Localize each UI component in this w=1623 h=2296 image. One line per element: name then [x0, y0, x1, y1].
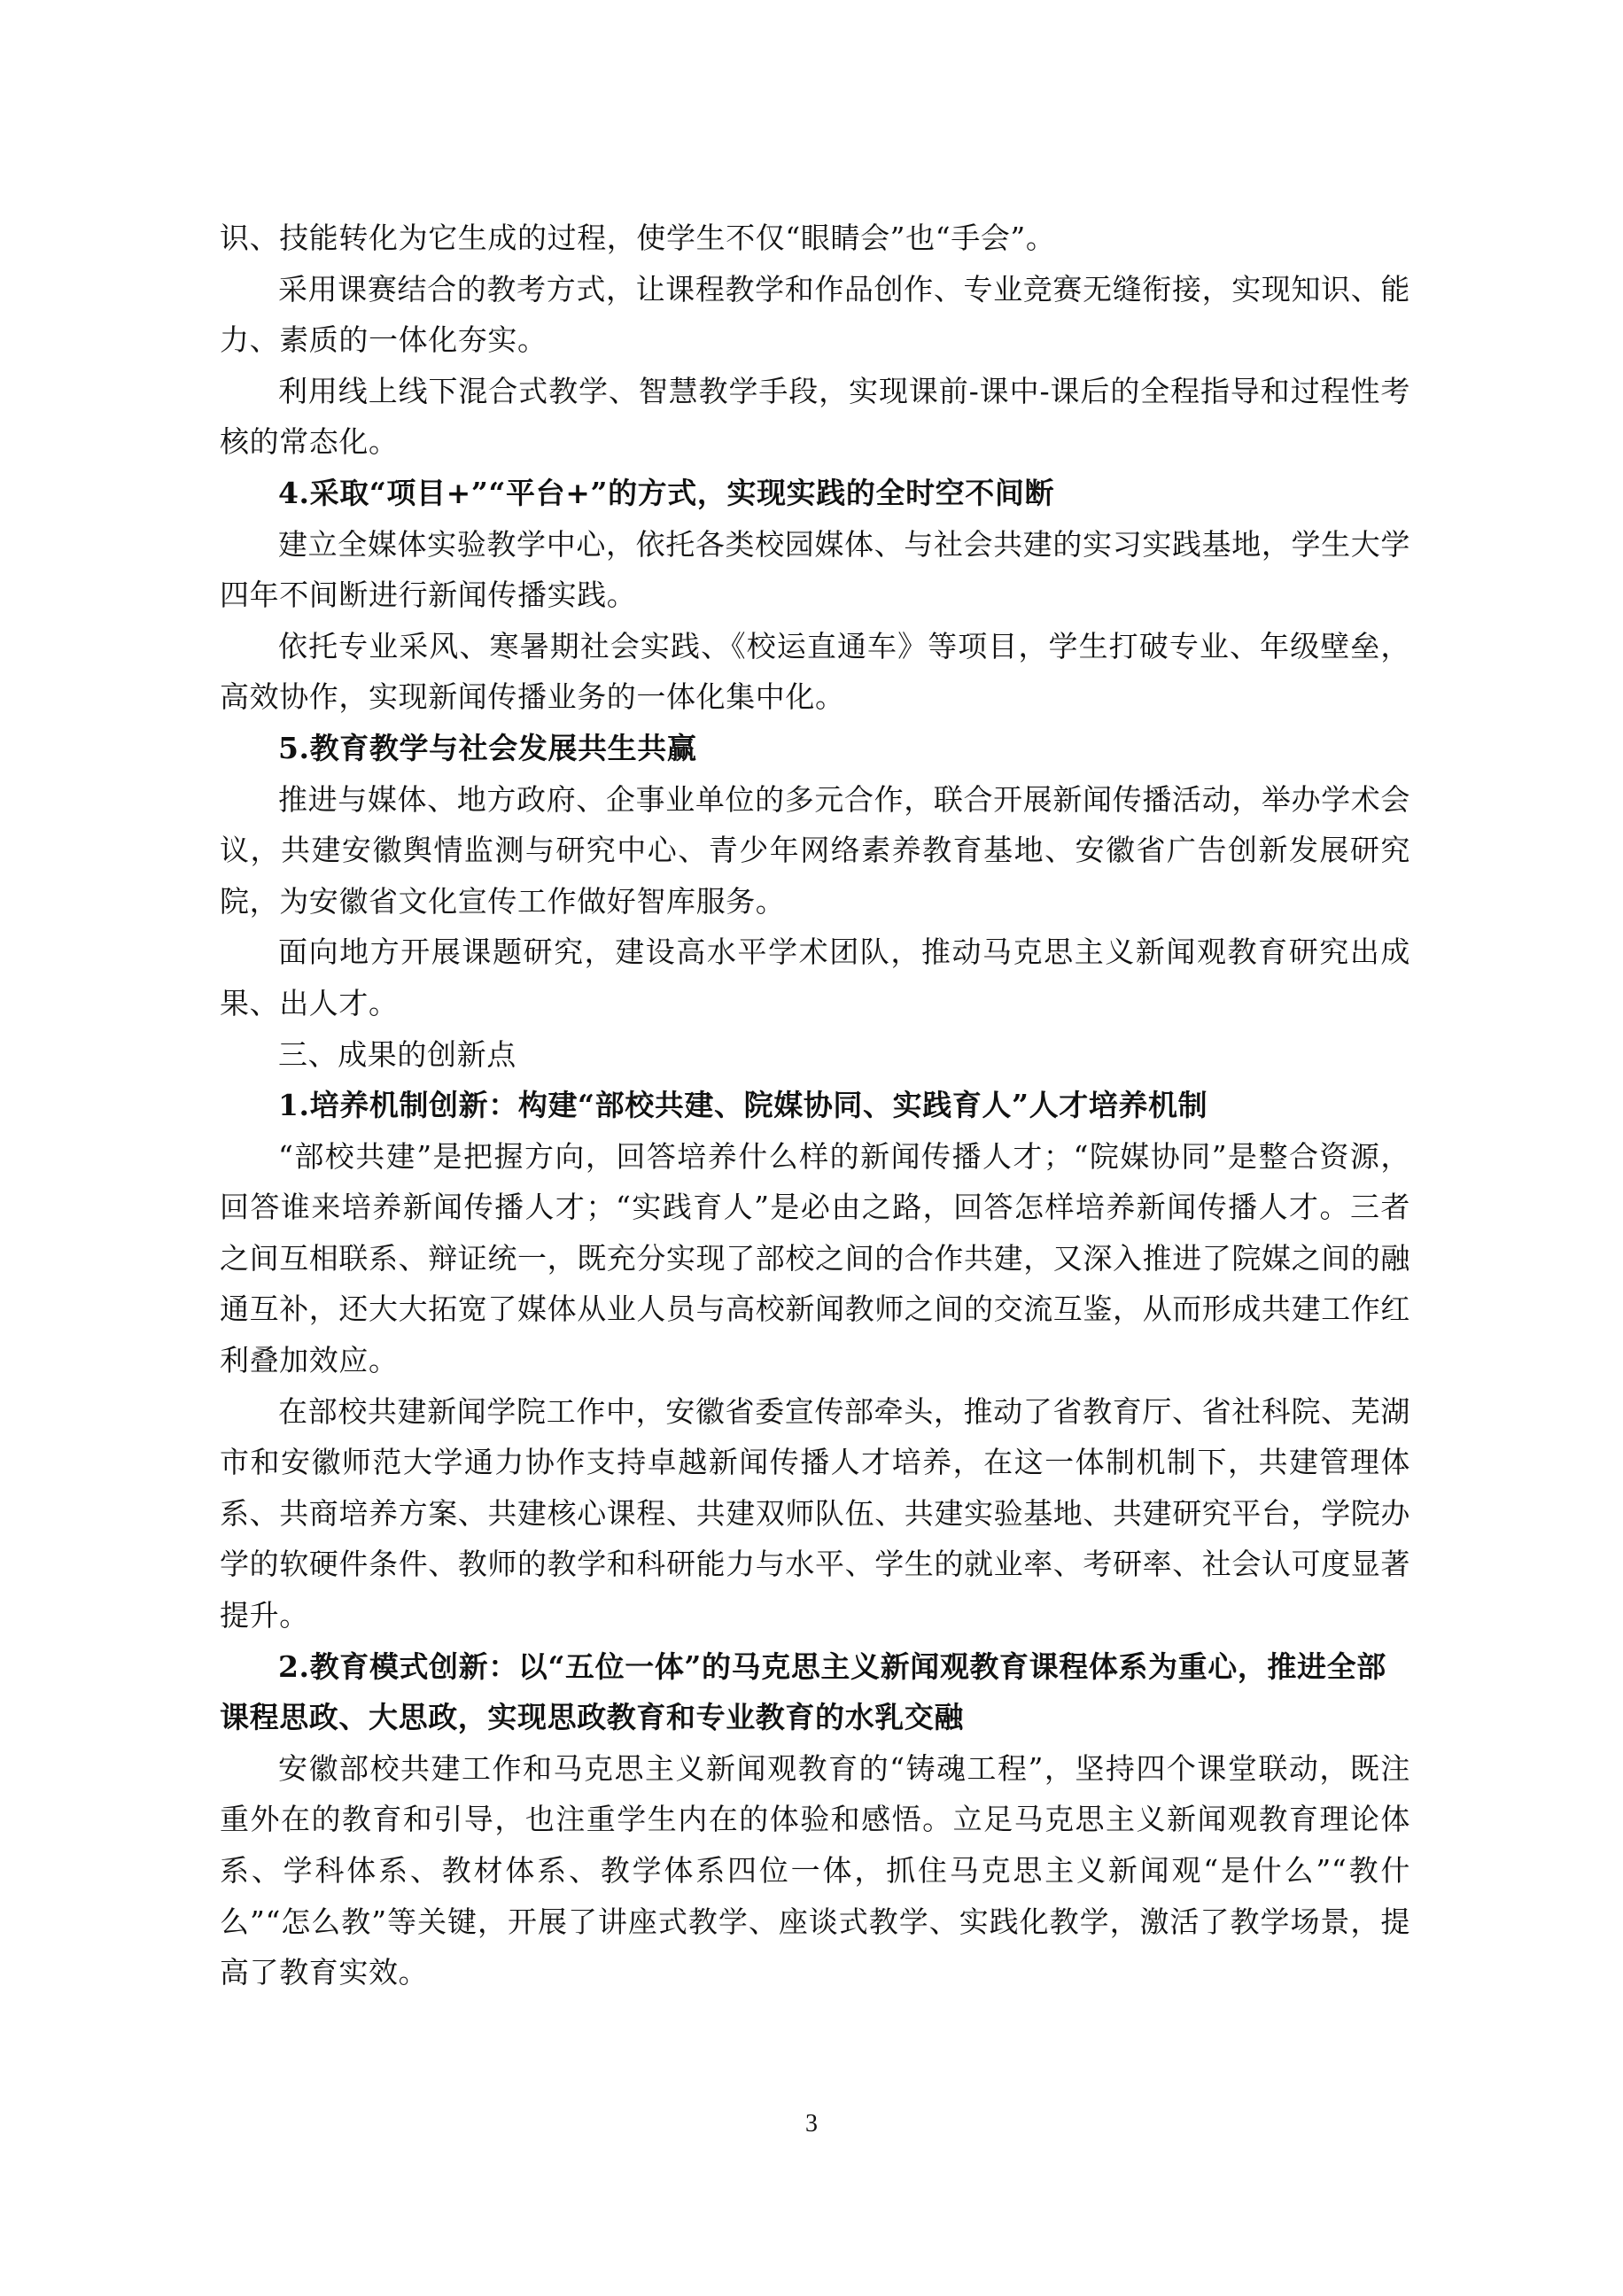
page-number: 3 [0, 2110, 1623, 2138]
subheading-innovation-2: 2.教育模式创新：以“五位一体”的马克思主义新闻观教育课程体系为重心，推进全部课… [220, 1641, 1410, 1743]
paragraph: 安徽部校共建工作和马克思主义新闻观教育的“铸魂工程”，坚持四个课堂联动，既注重外… [220, 1743, 1410, 1998]
paragraph: 采用课赛结合的教考方式，让课程教学和作品创作、专业竞赛无缝衔接，实现知识、能力、… [220, 264, 1410, 366]
paragraph: 利用线上线下混合式教学、智慧教学手段，实现课前-课中-课后的全程指导和过程性考核… [220, 366, 1410, 468]
subheading-5: 5.教育教学与社会发展共生共赢 [220, 723, 1410, 774]
subheading-4: 4.采取“项目+”“平台+”的方式，实现实践的全时空不间断 [220, 468, 1410, 519]
section-heading: 三、成果的创新点 [220, 1029, 1410, 1081]
paragraph: 在部校共建新闻学院工作中，安徽省委宣传部牵头，推动了省教育厅、省社科院、芜湖市和… [220, 1386, 1410, 1641]
paragraph: 推进与媒体、地方政府、企事业单位的多元合作，联合开展新闻传播活动，举办学术会议，… [220, 774, 1410, 927]
document-page: 识、技能转化为它生成的过程，使学生不仅“眼睛会”也“手会”。 采用课赛结合的教考… [220, 213, 1410, 1998]
paragraph: “部校共建”是把握方向，回答培养什么样的新闻传播人才；“院媒协同”是整合资源，回… [220, 1131, 1410, 1386]
paragraph: 建立全媒体实验教学中心，依托各类校园媒体、与社会共建的实习实践基地，学生大学四年… [220, 519, 1410, 621]
paragraph: 依托专业采风、寒暑期社会实践、《校运直通车》等项目，学生打破专业、年级壁垒，高效… [220, 621, 1410, 723]
paragraph-continued: 识、技能转化为它生成的过程，使学生不仅“眼睛会”也“手会”。 [220, 213, 1410, 264]
paragraph: 面向地方开展课题研究，建设高水平学术团队，推动马克思主义新闻观教育研究出成果、出… [220, 927, 1410, 1028]
subheading-innovation-1: 1.培养机制创新：构建“部校共建、院媒协同、实践育人”人才培养机制 [220, 1080, 1410, 1131]
